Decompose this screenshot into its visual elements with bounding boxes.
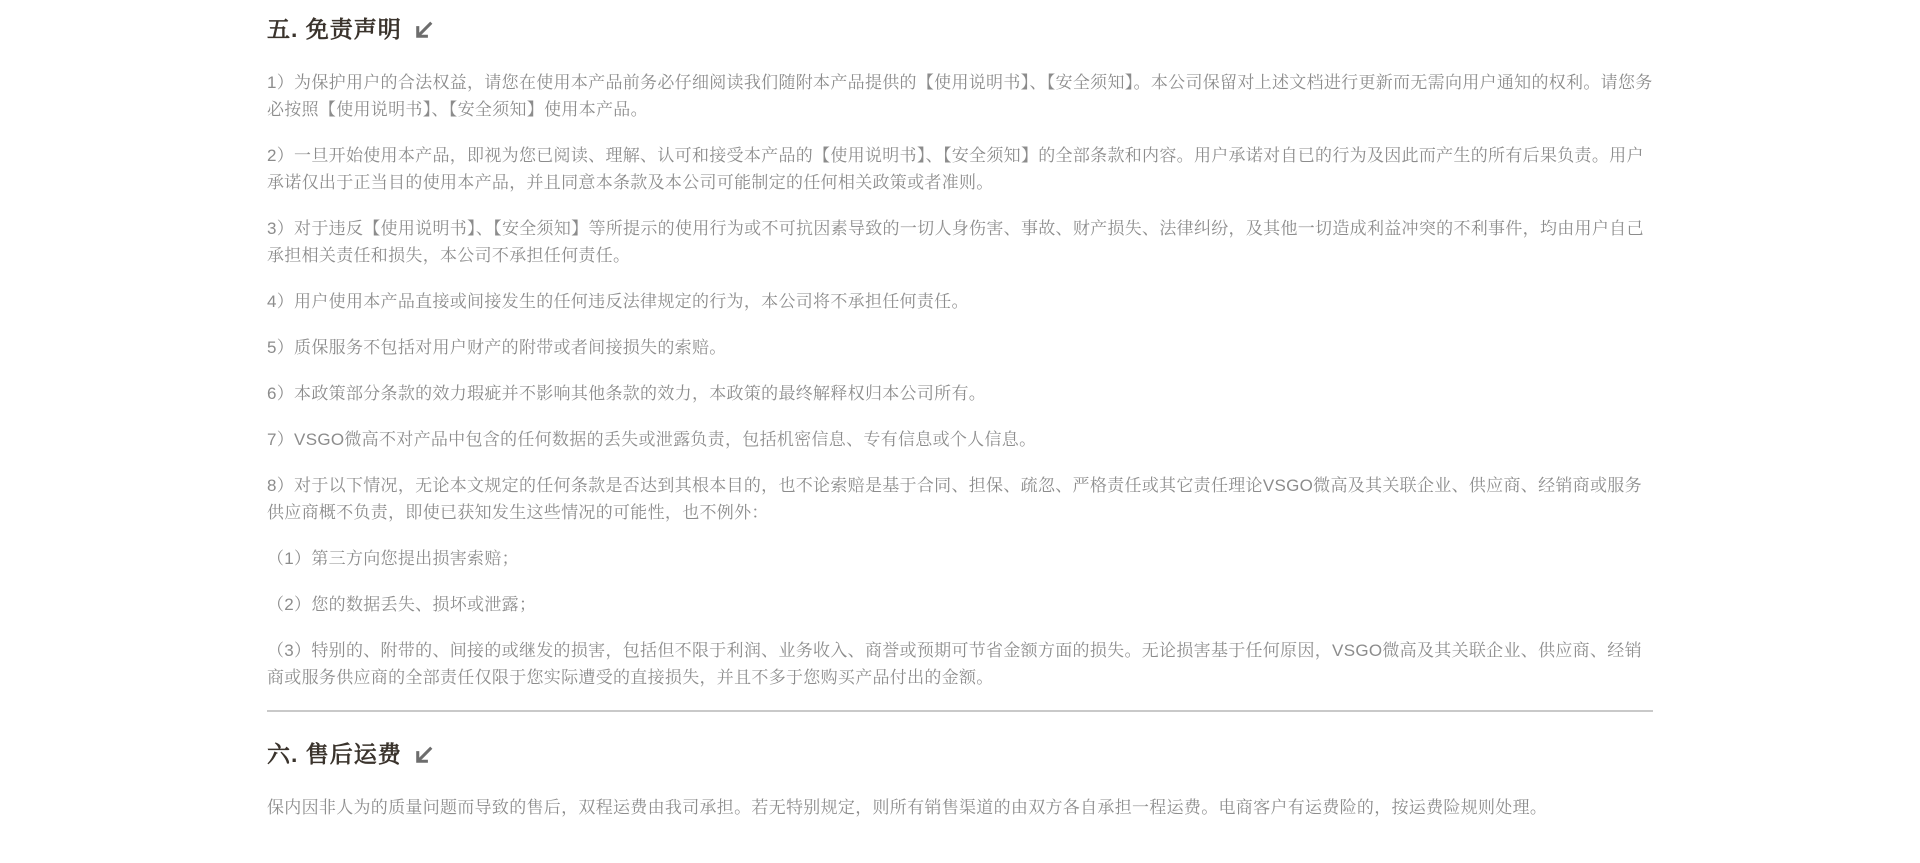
section-disclaimer: 五. 免责声明 1）为保护用户的合法权益，请您在使用本产品前务必仔细阅读我们随附… [267,13,1653,691]
disclaimer-subitem: （2）您的数据丢失、损坏或泄露； [267,591,1653,618]
disclaimer-item: 6）本政策部分条款的效力瑕疵并不影响其他条款的效力，本政策的最终解释权归本公司所… [267,380,1653,407]
disclaimer-item: 1）为保护用户的合法权益，请您在使用本产品前务必仔细阅读我们随附本产品提供的【使… [267,69,1653,123]
policy-page: 五. 免责声明 1）为保护用户的合法权益，请您在使用本产品前务必仔细阅读我们随附… [267,0,1653,821]
disclaimer-item: 8）对于以下情况，无论本文规定的任何条款是否达到其根本目的，也不论索赔是基于合同… [267,472,1653,526]
disclaimer-item: 3）对于违反【使用说明书】、【安全须知】等所提示的使用行为或不可抗因素导致的一切… [267,215,1653,269]
section-shipping-heading: 六. 售后运费 [267,738,1653,770]
disclaimer-item: 4）用户使用本产品直接或间接发生的任何违反法律规定的行为，本公司将不承担任何责任… [267,288,1653,315]
section-shipping-title: 六. 售后运费 [267,738,402,770]
section-disclaimer-title: 五. 免责声明 [267,13,402,45]
section-divider [267,710,1653,712]
section-shipping: 六. 售后运费 保内因非人为的质量问题而导致的售后，双程运费由我司承担。若无特别… [267,738,1653,821]
disclaimer-item: 2）一旦开始使用本产品，即视为您已阅读、理解、认可和接受本产品的【使用说明书】、… [267,142,1653,196]
disclaimer-subitem: （1）第三方向您提出损害索赔； [267,545,1653,572]
disclaimer-subitem: （3）特别的、附带的、间接的或继发的损害，包括但不限于利润、业务收入、商誉或预期… [267,637,1653,691]
section-disclaimer-heading: 五. 免责声明 [267,13,1653,45]
disclaimer-item: 5）质保服务不包括对用户财产的附带或者间接损失的索赔。 [267,334,1653,361]
disclaimer-item: 7）VSGO微高不对产品中包含的任何数据的丢失或泄露负责，包括机密信息、专有信息… [267,426,1653,453]
arrow-down-left-icon [412,744,435,767]
shipping-item: 保内因非人为的质量问题而导致的售后，双程运费由我司承担。若无特别规定，则所有销售… [267,794,1653,821]
arrow-down-left-icon [412,19,435,42]
